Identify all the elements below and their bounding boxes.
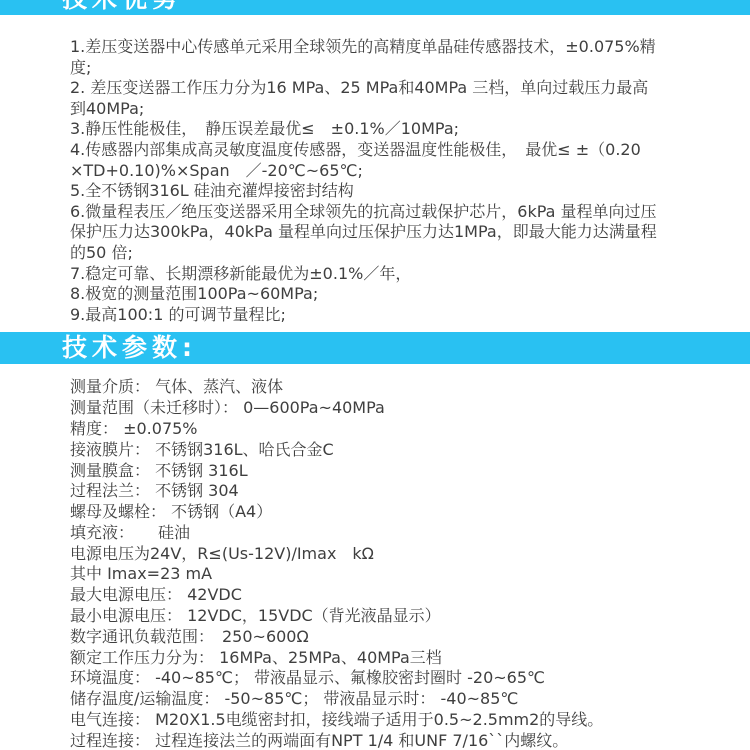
text-line: 数字通讯负载范围： 250~600Ω bbox=[70, 627, 702, 648]
text-line: 测量膜盒： 不锈钢 316L bbox=[70, 461, 702, 482]
spec-document-page: 技术优势 1.差压变送器中心传感单元采用全球领先的高精度单晶硅传感器技术，±0.… bbox=[0, 0, 750, 750]
text-line: 保护压力达300kPa，40kPa 量程单向过压保护压力达1MPa，即最大能力达… bbox=[70, 222, 702, 243]
advantages-section-title: 技术优势 bbox=[0, 0, 182, 15]
text-line: 过程连接： 过程连接法兰的两端面有NPT 1/4 和UNF 7/16``内螺纹。 bbox=[70, 731, 702, 750]
text-line: 过程法兰： 不锈钢 304 bbox=[70, 481, 702, 502]
text-line: 测量范围（未迁移时）： 0—600Pa~40MPa bbox=[70, 398, 702, 419]
parameters-text-block: 测量介质： 气体、蒸汽、液体测量范围（未迁移时）： 0—600Pa~40MPa精… bbox=[0, 377, 750, 750]
section-header-parameters: 技术参数: bbox=[0, 332, 750, 364]
section-header-advantages: 技术优势 bbox=[0, 0, 750, 15]
advantages-text-block: 1.差压变送器中心传感单元采用全球领先的高精度单晶硅传感器技术，±0.075%精… bbox=[0, 37, 750, 325]
text-line: 额定工作压力分为： 16MPa、25MPa、40MPa三档 bbox=[70, 648, 702, 669]
text-line: 螺母及螺栓： 不锈钢（A4） bbox=[70, 502, 702, 523]
text-line: 最大电源电压： 42VDC bbox=[70, 585, 702, 606]
text-line: 环境温度： -40~85℃； 带液晶显示、氟橡胶密封圈时 -20~65℃ bbox=[70, 668, 702, 689]
text-line: 储存温度/运输温度： -50~85℃； 带液晶显示时： -40~85℃ bbox=[70, 689, 702, 710]
text-line: 的50 倍; bbox=[70, 243, 702, 264]
text-line: 9.最高100:1 的可调节量程比; bbox=[70, 305, 702, 326]
text-line: 精度： ±0.075% bbox=[70, 419, 702, 440]
text-line: 5.全不锈钢316L 硅油充灌焊接密封结构 bbox=[70, 181, 702, 202]
text-line: 4.传感器内部集成高灵敏度温度传感器，变送器温度性能极佳， 最优≤ ±（0.20 bbox=[70, 140, 702, 161]
parameters-section-title: 技术参数: bbox=[0, 332, 197, 364]
text-line: 1.差压变送器中心传感单元采用全球领先的高精度单晶硅传感器技术，±0.075%精 bbox=[70, 37, 702, 58]
text-line: 最小电源电压： 12VDC，15VDC（背光液晶显示） bbox=[70, 606, 702, 627]
text-line: 8.极宽的测量范围100Pa~60MPa; bbox=[70, 284, 702, 305]
text-line: 到40MPa; bbox=[70, 99, 702, 120]
text-line: 接液膜片： 不锈钢316L、哈氏合金C bbox=[70, 440, 702, 461]
text-line: 其中 Imax=23 mA bbox=[70, 564, 702, 585]
text-line: 2. 差压变送器工作压力分为16 MPa、25 MPa和40MPa 三档，单向过… bbox=[70, 78, 702, 99]
text-line: 度; bbox=[70, 58, 702, 79]
text-line: 6.微量程表压／绝压变送器采用全球领先的抗高过载保护芯片，6kPa 量程单向过压 bbox=[70, 202, 702, 223]
text-line: 7.稳定可靠、长期漂移新能最优为±0.1%／年， bbox=[70, 264, 702, 285]
text-line: 3.静压性能极佳， 静压误差最优≤ ±0.1%／10MPa; bbox=[70, 119, 702, 140]
text-line: 电源电压为24V，R≤(Us-12V)/Imax kΩ bbox=[70, 544, 702, 565]
text-line: 电气连接： M20X1.5电缆密封扣，接线端子适用于0.5~2.5mm2的导线。 bbox=[70, 710, 702, 731]
text-line: 填充液： 硅油 bbox=[70, 523, 702, 544]
text-line: 测量介质： 气体、蒸汽、液体 bbox=[70, 377, 702, 398]
text-line: ×TD+0.10)%×Span ／-20℃~65℃; bbox=[70, 161, 702, 182]
